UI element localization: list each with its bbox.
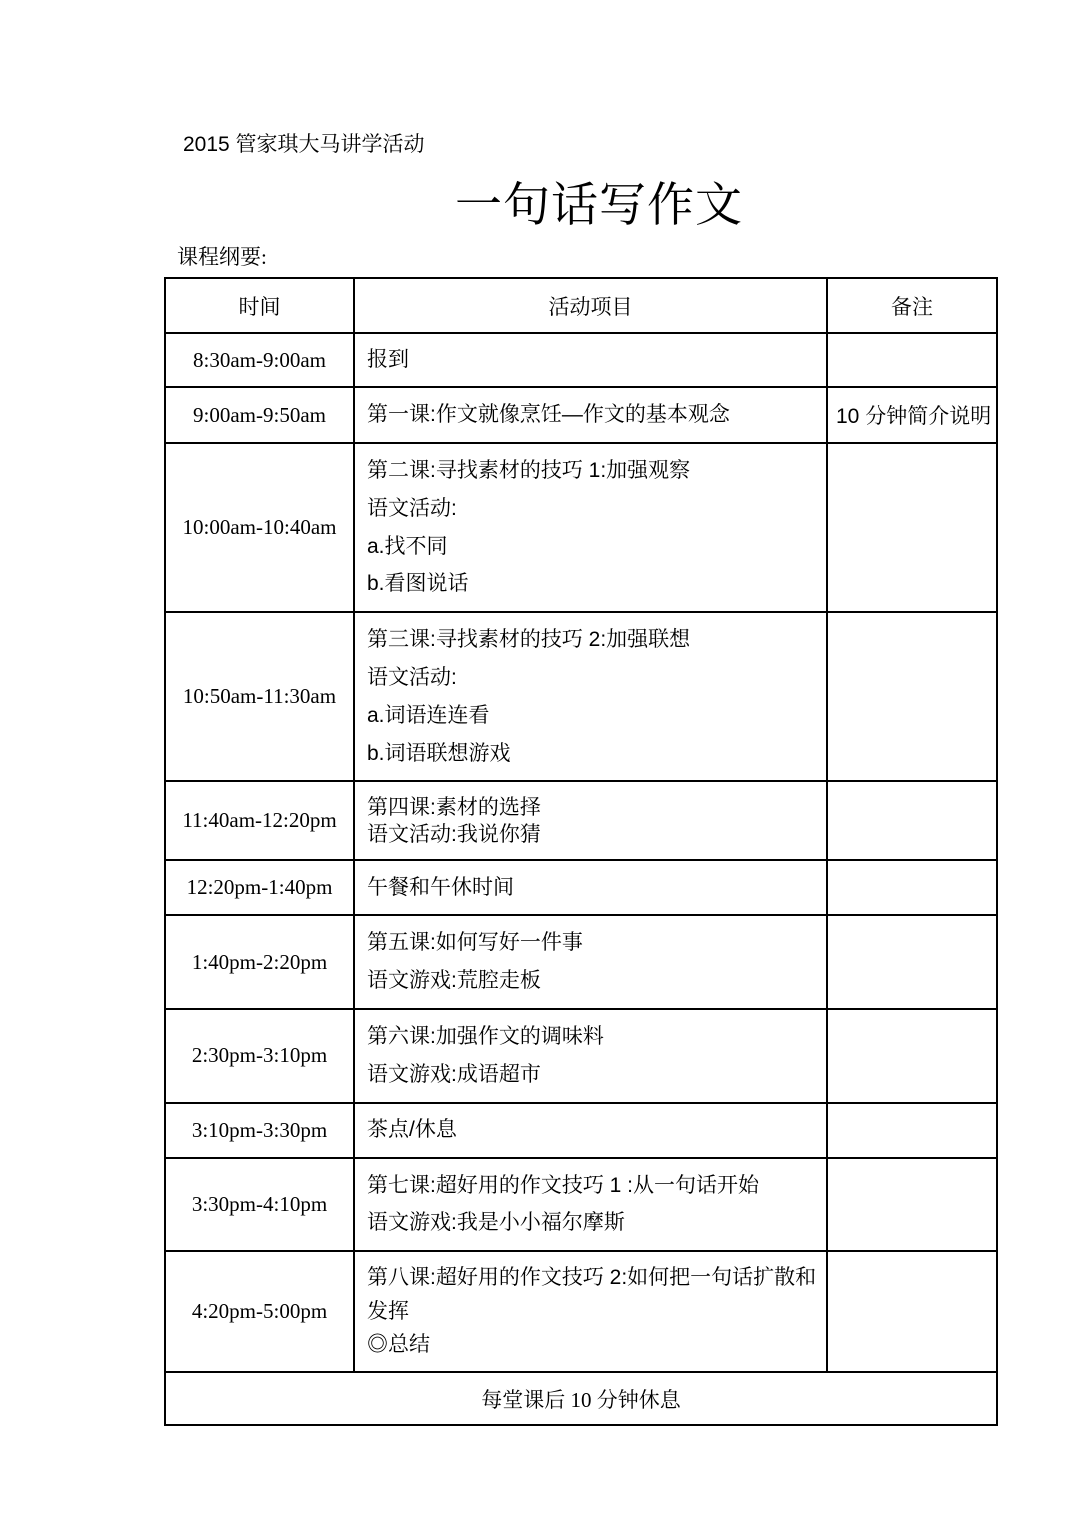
event-header: 2015 管家琪大马讲学活动 [183,128,425,158]
activity-cell: 第五课:如何写好一件事 语文游戏:荒腔走板 [354,915,827,1009]
activity-line: 第七课:超好用的作文技巧 1 :从一句话开始 [367,1167,818,1205]
time-cell: 10:50am-11:30am [165,612,354,781]
activity-line: 语文活动: [367,659,818,697]
time-cell: 12:20pm-1:40pm [165,860,354,915]
table-row: 1:40pm-2:20pm 第五课:如何写好一件事 语文游戏:荒腔走板 [165,915,997,1009]
activity-line: 茶点/休息 [367,1114,818,1146]
activity-line: 第五课:如何写好一件事 [367,924,818,962]
notes-cell [827,1251,997,1372]
activity-cell: 报到 [354,333,827,387]
time-cell: 11:40am-12:20pm [165,781,354,860]
schedule-table: 时间 活动项目 备注 8:30am-9:00am 报到 9:00am-9:50a… [164,277,998,1426]
notes-cell [827,612,997,781]
table-footer-row: 每堂课后 10 分钟休息 [165,1372,997,1425]
table-row: 3:30pm-4:10pm 第七课:超好用的作文技巧 1 :从一句话开始 语文游… [165,1158,997,1252]
activity-line: 第四课:素材的选择 [367,794,818,821]
activity-line: a.词语连连看 [367,697,818,735]
activity-line: 第六课:加强作文的调味料 [367,1018,818,1056]
activity-line: 语文游戏:荒腔走板 [367,962,818,1000]
activity-line: 第三课:寻找素材的技巧 2:加强联想 [367,621,818,659]
notes-cell [827,1158,997,1252]
activity-line: 第八课:超好用的作文技巧 2:如何把一句话扩散和发挥 [367,1261,818,1328]
notes-cell [827,333,997,387]
activity-line: 语文活动:我说你猜 [367,821,818,848]
time-cell: 8:30am-9:00am [165,333,354,387]
table-row: 11:40am-12:20pm 第四课:素材的选择 语文活动:我说你猜 [165,781,997,860]
notes-cell [827,1009,997,1103]
activity-cell: 第八课:超好用的作文技巧 2:如何把一句话扩散和发挥 ◎总结 [354,1251,827,1372]
table-row: 8:30am-9:00am 报到 [165,333,997,387]
time-cell: 3:30pm-4:10pm [165,1158,354,1252]
activity-line: b.看图说话 [367,565,818,603]
footer-note: 每堂课后 10 分钟休息 [165,1372,997,1425]
outline-label: 课程纲要: [177,241,267,271]
activity-line: 语文游戏:成语超市 [367,1056,818,1094]
notes-cell [827,443,997,612]
table-row: 10:00am-10:40am 第二课:寻找素材的技巧 1:加强观察 语文活动:… [165,443,997,612]
activity-line: 第一课:作文就像烹饪—作文的基本观念 [367,399,818,431]
table-body: 8:30am-9:00am 报到 9:00am-9:50am 第一课:作文就像烹… [165,333,997,1425]
notes-column-header: 备注 [827,278,997,333]
table-row: 9:00am-9:50am 第一课:作文就像烹饪—作文的基本观念 10 分钟简介… [165,387,997,443]
activity-cell: 第四课:素材的选择 语文活动:我说你猜 [354,781,827,860]
activity-column-header: 活动项目 [354,278,827,333]
table-row: 10:50am-11:30am 第三课:寻找素材的技巧 2:加强联想 语文活动:… [165,612,997,781]
table-row: 3:10pm-3:30pm 茶点/休息 [165,1103,997,1158]
activity-cell: 第三课:寻找素材的技巧 2:加强联想 语文活动: a.词语连连看 b.词语联想游… [354,612,827,781]
table-row: 2:30pm-3:10pm 第六课:加强作文的调味料 语文游戏:成语超市 [165,1009,997,1103]
time-cell: 4:20pm-5:00pm [165,1251,354,1372]
activity-line: 报到 [367,344,818,376]
document-page: 2015 管家琪大马讲学活动 一句话写作文 课程纲要: 时间 活动项目 备注 8… [0,0,1087,1539]
document-title: 一句话写作文 [455,168,743,235]
activity-line: b.词语联想游戏 [367,735,818,773]
time-cell: 3:10pm-3:30pm [165,1103,354,1158]
time-cell: 9:00am-9:50am [165,387,354,443]
activity-line: ◎总结 [367,1328,818,1362]
activity-cell: 第七课:超好用的作文技巧 1 :从一句话开始 语文游戏:我是小小福尔摩斯 [354,1158,827,1252]
notes-cell: 10 分钟简介说明 [827,387,997,443]
table-row: 12:20pm-1:40pm 午餐和午休时间 [165,860,997,915]
activity-line: 语文活动: [367,490,818,528]
notes-cell [827,860,997,915]
activity-cell: 第六课:加强作文的调味料 语文游戏:成语超市 [354,1009,827,1103]
time-column-header: 时间 [165,278,354,333]
time-cell: 2:30pm-3:10pm [165,1009,354,1103]
activity-cell: 第一课:作文就像烹饪—作文的基本观念 [354,387,827,443]
activity-line: 语文游戏:我是小小福尔摩斯 [367,1204,818,1242]
notes-cell [827,915,997,1009]
time-cell: 10:00am-10:40am [165,443,354,612]
activity-cell: 茶点/休息 [354,1103,827,1158]
activity-line: a.找不同 [367,528,818,566]
time-cell: 1:40pm-2:20pm [165,915,354,1009]
activity-line: 午餐和午休时间 [367,872,818,904]
table-row: 4:20pm-5:00pm 第八课:超好用的作文技巧 2:如何把一句话扩散和发挥… [165,1251,997,1372]
activity-cell: 第二课:寻找素材的技巧 1:加强观察 语文活动: a.找不同 b.看图说话 [354,443,827,612]
activity-line: 第二课:寻找素材的技巧 1:加强观察 [367,452,818,490]
notes-cell [827,1103,997,1158]
activity-cell: 午餐和午休时间 [354,860,827,915]
notes-cell [827,781,997,860]
header-row: 时间 活动项目 备注 [165,278,997,333]
table-header: 时间 活动项目 备注 [165,278,997,333]
